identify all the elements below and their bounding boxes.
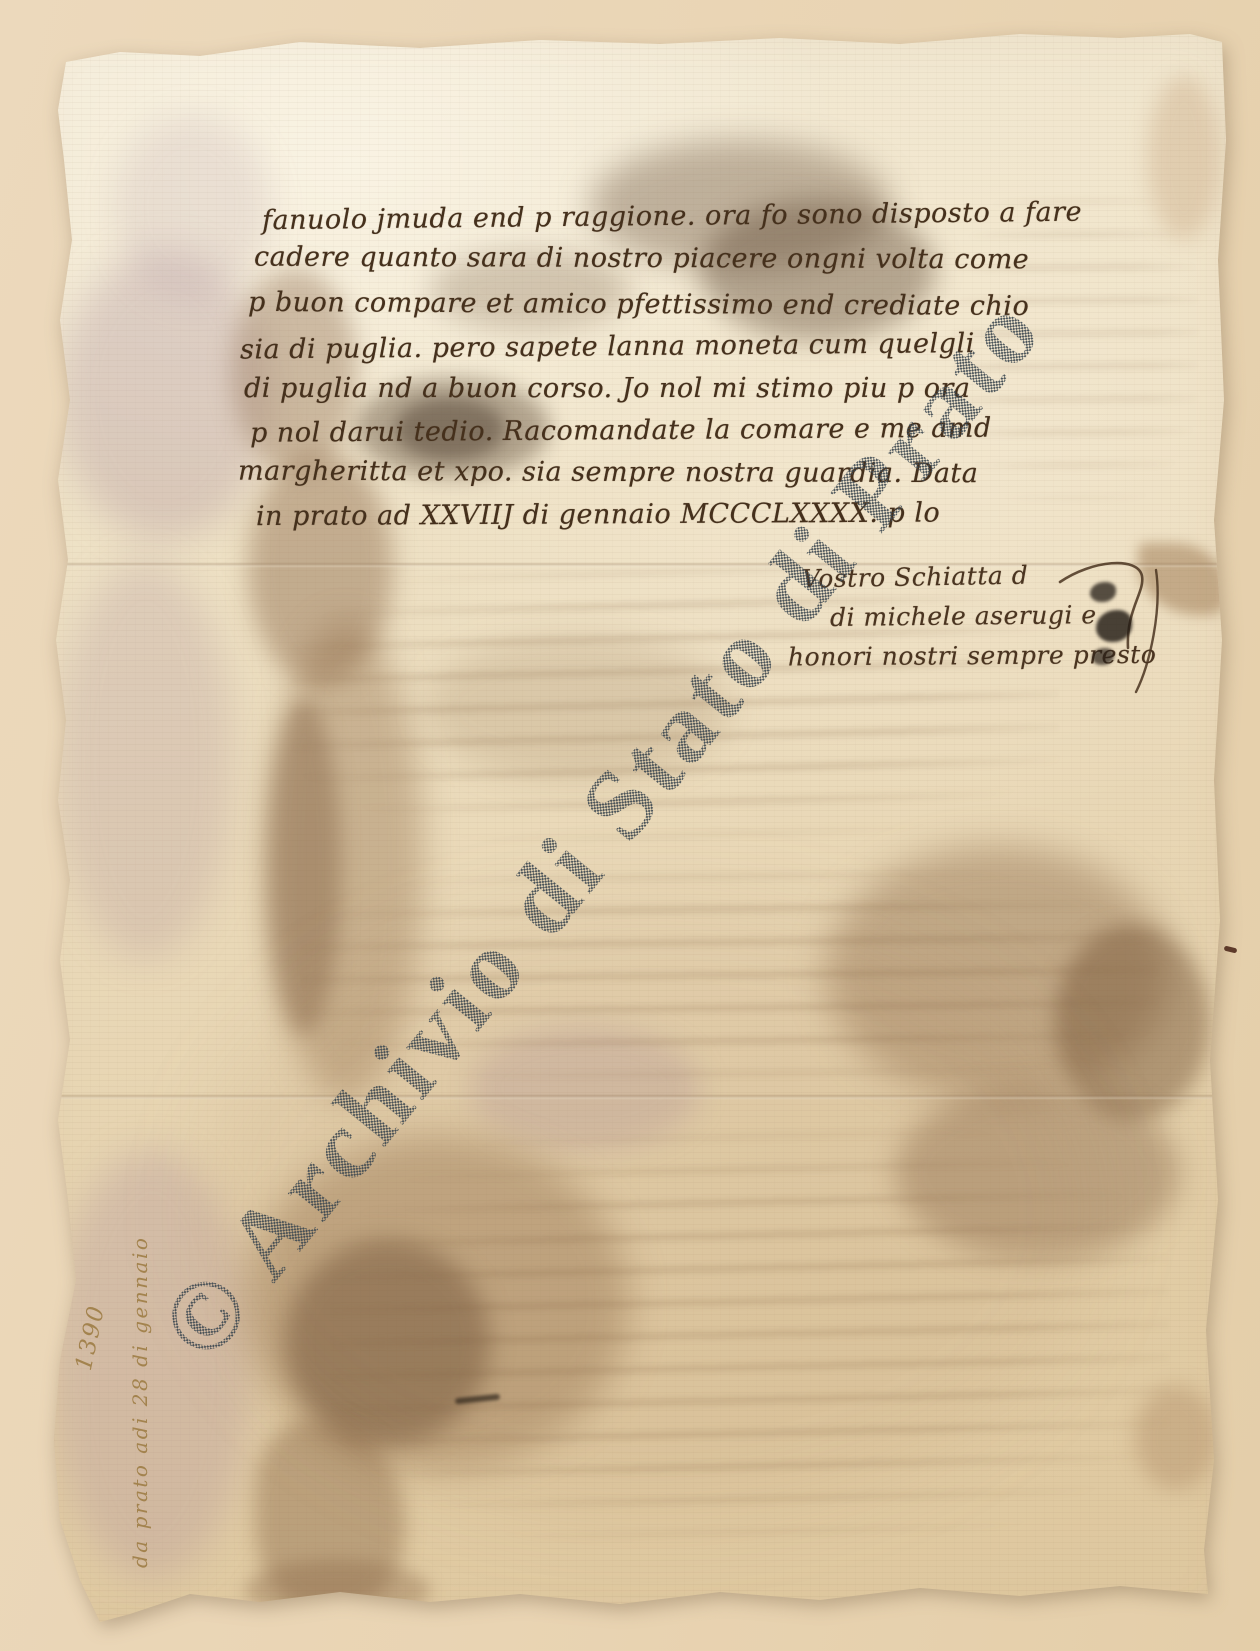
scan-background: fanuolo jmuda end p raggione. ora fo son…	[0, 0, 1260, 1651]
